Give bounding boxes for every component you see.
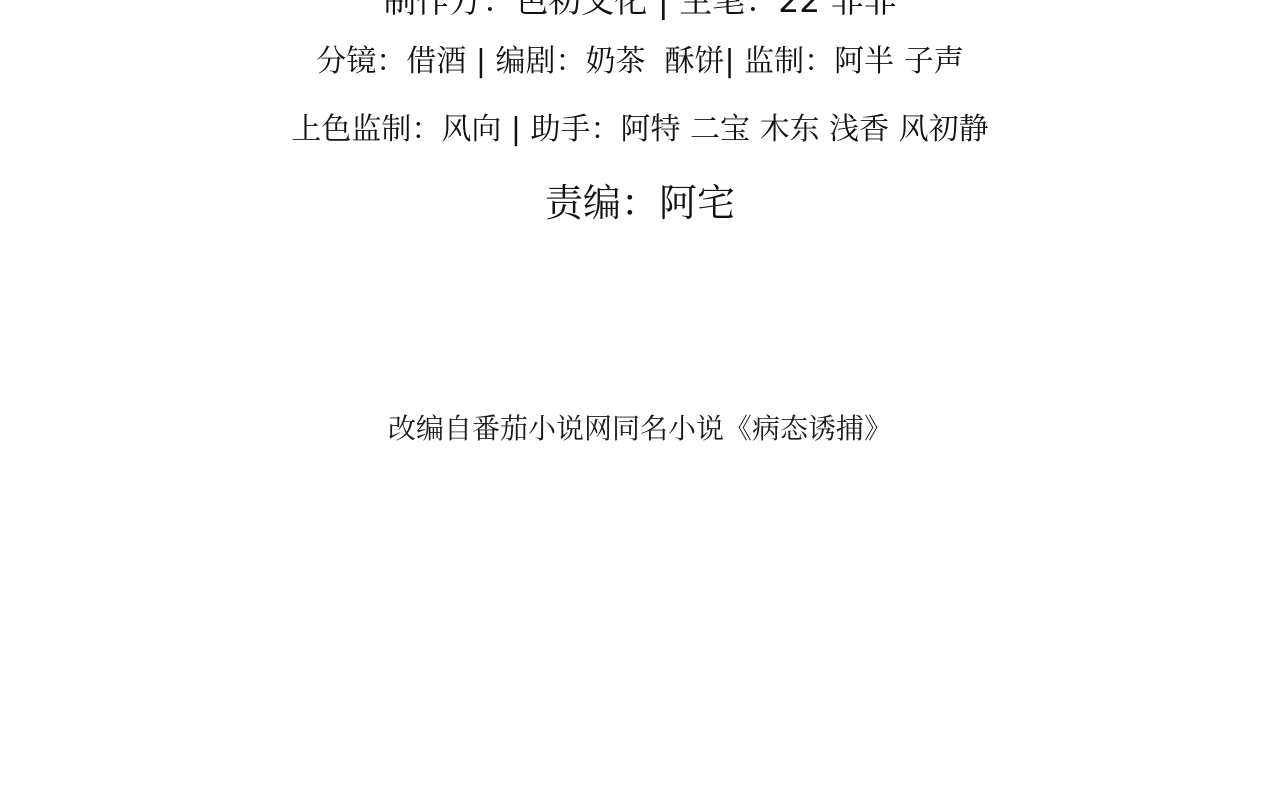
credits-storyboard-line: 分镜：借酒 | 编剧：奶茶 酥饼| 监制：阿半 子声 [0, 47, 1280, 77]
adaptation-source-note: 改编自番茄小说网同名小说《病态诱捕》 [0, 415, 1280, 443]
credits-color-line: 上色监制：风向 | 助手：阿特 二宝 木东 浅香 风初静 [0, 115, 1280, 145]
credits-editor-line: 责编：阿宅 [0, 184, 1280, 222]
credits-producer-line: 制作方：色初文化 | 主笔：22 非非 [0, 0, 1280, 17]
